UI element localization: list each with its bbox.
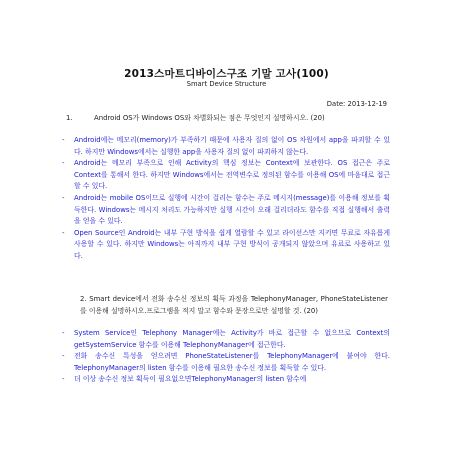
answer-item: -전화 송수신 특성을 얻으려면 PhoneStateListener를 Tel… [60, 351, 390, 374]
answer-item: -Android는 mobile OS이므로 실행에 시간이 걸리는 함수는 주… [60, 193, 390, 228]
exam-date: Date: 2013-12-19 [327, 100, 387, 108]
answer-item: -Android는 메모리 부족으로 인해 Activity의 핵심 정보는 C… [60, 158, 390, 193]
question-2-number: 2. [80, 295, 87, 303]
answer-item: -Android에는 메모리(memory)가 부족하기 때문에 사용자 질의 … [60, 135, 390, 158]
bullet-dash: - [62, 158, 65, 170]
question-1-text: 1.Android OS가 Windows OS와 차별화되는 점은 무엇인지 … [80, 113, 388, 125]
question-1-number: 1. [80, 113, 94, 125]
page-subtitle: Smart Device Structure [0, 80, 453, 88]
answer-item: -System Service인 Telephony Manager에는 Act… [60, 328, 390, 351]
bullet-dash: - [62, 193, 65, 205]
page-title: 2013스마트디바이스구조 기말 고사(100) [0, 66, 453, 81]
answers-1: -Android에는 메모리(memory)가 부족하기 때문에 사용자 질의 … [60, 135, 390, 263]
question-2: 2. Smart device에서 전화 송수신 정보의 획득 과정을 Tele… [80, 294, 388, 317]
bullet-dash: - [62, 228, 65, 240]
answer-item: -더 이상 송수신 정보 획득이 필요없으면TelephonyManager의 … [60, 374, 390, 386]
bullet-dash: - [62, 351, 65, 363]
question-1: 1.Android OS가 Windows OS와 차별화되는 점은 무엇인지 … [80, 113, 388, 125]
document-page: 2013스마트디바이스구조 기말 고사(100) Smart Device St… [0, 0, 453, 453]
answers-2: -System Service인 Telephony Manager에는 Act… [60, 328, 390, 386]
bullet-dash: - [62, 328, 65, 340]
bullet-dash: - [62, 374, 65, 386]
bullet-dash: - [62, 135, 65, 147]
answer-item: -Open Source인 Android는 내부 구현 방식을 쉽게 열람할 … [60, 228, 390, 263]
question-2-text: Smart device에서 전화 송수신 정보의 획득 과정을 Telepho… [80, 295, 388, 315]
